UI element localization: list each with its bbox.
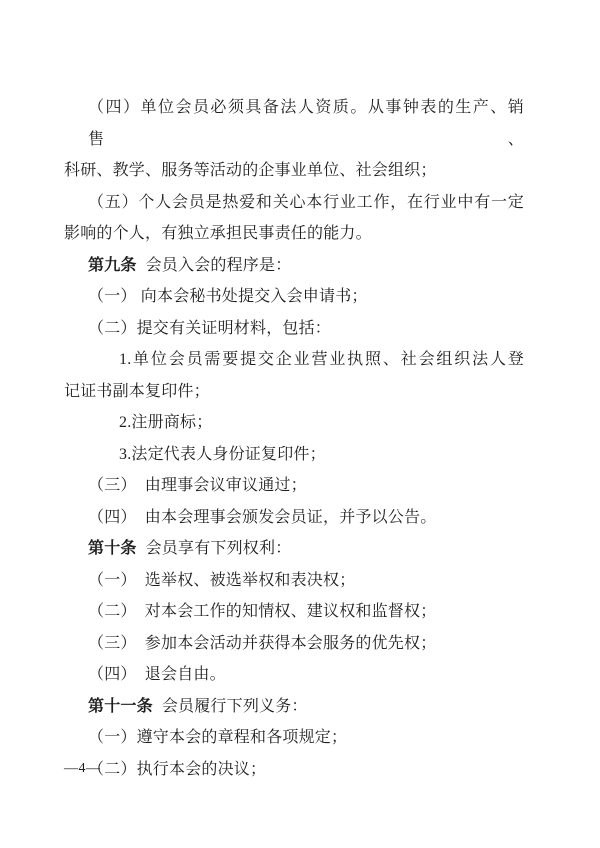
text-line: （四） 退会自由。 [64,659,524,691]
text-line: （二） 对本会工作的知情权、建议权和监督权； [64,596,524,628]
line-text: 3.法定代表人身份证复印件； [119,446,326,463]
line-text: （四） 由本会理事会颁发会员证，并予以公告。 [88,509,436,526]
line-text: （三） 由理事会议审议通过； [88,477,307,494]
line-text: 记证书副本复印件； [64,383,210,400]
line-text: （二） 对本会工作的知情权、建议权和监督权； [88,603,436,620]
text-line: （三） 参加本会活动并获得本会服务的优先权； [64,628,524,660]
article-line: 第十一条会员履行下列义务： [64,691,524,723]
page-number: —4— [64,759,101,779]
text-line: （一） 选举权、被选举权和表决权； [64,565,524,597]
text-line: 记证书副本复印件； [64,376,524,408]
text-line: 3.法定代表人身份证复印件； [64,439,524,471]
article-heading: 第十条 [88,540,137,557]
line-text: 会员履行下列义务： [162,698,308,715]
line-text: （四）单位会员必须具备法人资质。从事钟表的生产、销售、 [88,99,524,148]
text-line: 2.注册商标； [64,407,524,439]
line-text: （五）个人会员是热爱和关心本行业工作，在行业中有一定 [88,194,524,211]
text-line: 影响的个人，有独立承担民事责任的能力。 [64,218,524,250]
line-text: （三） 参加本会活动并获得本会服务的优先权； [88,635,436,652]
text-line: （二）执行本会的决议； [64,754,524,786]
article-line: 第九条会员入会的程序是： [64,250,524,282]
line-text: （一） 选举权、被选举权和表决权； [88,572,355,589]
text-line: （三） 由理事会议审议通过； [64,470,524,502]
text-line: （一）遵守本会的章程和各项规定； [64,722,524,754]
text-line: 科研、教学、服务等活动的企事业单位、社会组织； [64,155,524,187]
text-line: （二）提交有关证明材料，包括： [64,313,524,345]
article-heading: 第九条 [88,257,137,274]
line-text: （一）遵守本会的章程和各项规定； [88,729,347,746]
line-text: （四） 退会自由。 [88,666,226,683]
text-line: （四） 由本会理事会颁发会员证，并予以公告。 [64,502,524,534]
document-body: （四）单位会员必须具备法人资质。从事钟表的生产、销售、科研、教学、服务等活动的企… [64,92,524,785]
text-line: 1.单位会员需要提交企业营业执照、社会组织法人登 [64,344,524,376]
article-line: 第十条会员享有下列权利： [64,533,524,565]
text-line: （四）单位会员必须具备法人资质。从事钟表的生产、销售、 [64,92,524,155]
line-text: 影响的个人，有独立承担民事责任的能力。 [64,225,372,242]
line-text: （二）提交有关证明材料，包括： [88,320,331,337]
text-line: （五）个人会员是热爱和关心本行业工作，在行业中有一定 [64,187,524,219]
line-text: 科研、教学、服务等活动的企事业单位、社会组织； [64,162,437,179]
line-text: （一） 向本会秘书处提交入会申请书； [88,288,368,305]
text-line: （一） 向本会秘书处提交入会申请书； [64,281,524,313]
line-text: 2.注册商标； [119,414,212,431]
line-text: 会员入会的程序是： [146,257,292,274]
line-text: 1.单位会员需要提交企业营业执照、社会组织法人登 [119,351,524,368]
line-text: （二）执行本会的决议； [88,761,266,778]
article-heading: 第十一条 [88,698,153,715]
document-page: （四）单位会员必须具备法人资质。从事钟表的生产、销售、科研、教学、服务等活动的企… [0,0,600,848]
line-text: 会员享有下列权利： [146,540,292,557]
